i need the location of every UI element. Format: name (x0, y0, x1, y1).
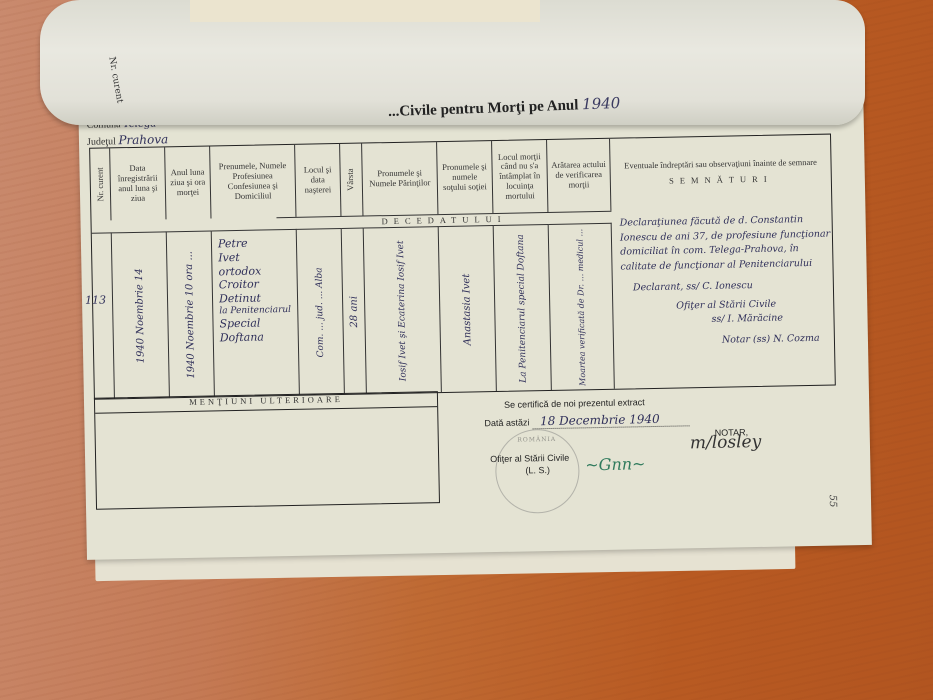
cell-parinti: Iosif Ivet şi Ecaterina Iosif Ivet (364, 226, 442, 393)
title-year: 1940 (582, 94, 621, 113)
observatii-label: Eventuale îndreptări sau observaţiuni în… (624, 158, 817, 171)
header-data-inreg: Data înregistrării anul luna şi ziua (110, 147, 166, 220)
date-field: Dată astăzi 18 Decembrie 1940 (484, 411, 689, 429)
death-record-table: Nr. curent Data înregistrării anul luna … (89, 134, 836, 400)
header-anul-mortii: Anul luna ziua şi ora morţei (165, 146, 211, 219)
header-nr: Nr. curent (90, 148, 111, 220)
cell-locul-nasterii: Com. ... jud. ... Alba (297, 228, 345, 395)
ofiter-green-signature: ~Gnn~ (585, 454, 646, 474)
judetul-label: Judeţul (87, 136, 116, 148)
header-locul-mortii: Locul morţii când nu s'a întâmplat în lo… (492, 140, 548, 213)
declarant-signature: Declarant, ss/ C. Ionescu (633, 277, 833, 296)
register-page: Comuna Telega Judeţul Prahova Nr. curent… (78, 75, 872, 560)
cell-varsta: 28 ani (342, 228, 367, 394)
notar-handwritten-signature: m/losley (690, 432, 762, 453)
cell-observatii: Declaraţiunea făcută de d. Constantin Io… (620, 213, 835, 351)
cell-prenumele: Petre Ivet ortodox Croitor Detinut la Pe… (212, 229, 300, 397)
header-varsta: Vârsta (340, 144, 363, 216)
notar-signature: Notar (ss) N. Cozma (722, 332, 834, 349)
date-value: 18 Decembrie 1940 (532, 411, 690, 429)
header-verificare: Arătarea actului de verificarea morţii (547, 139, 611, 212)
certification-line: Se certifică de noi prezentul extract (504, 397, 645, 410)
cell-sot: Anastasia Ivet (439, 225, 497, 392)
mentiuni-ulterioare-box: MENŢIUNI ULTERIOARE (94, 391, 440, 510)
semnaturi-label: SEMNĂTURI (669, 175, 773, 187)
header-prenumele: Prenumele, Numele Profesiunea Confesiune… (210, 145, 296, 219)
header-locul-nasterii: Locul şi data naşterei (295, 144, 341, 217)
header-sot: Pronumele şi numele soţului soţiei (437, 141, 493, 214)
cell-data-inreg: 1940 Noembrie 14 (112, 231, 170, 398)
page-number: 55 (827, 495, 838, 508)
cell-anul-mortii: 1940 Noembrie 10 ora ... (167, 230, 215, 397)
cell-locul-mortii: La Penitenciarul special Doftana (494, 224, 552, 391)
ofiter-label: Ofiţer al Stării Civile (490, 453, 569, 465)
roll-label: Nr. curent (106, 56, 124, 104)
header-observatii: Eventuale îndreptări sau observaţiuni în… (610, 135, 831, 211)
cell-verificare: Moartea verificată de Dr. ... medicul ..… (549, 223, 615, 390)
roll-flap (190, 0, 540, 22)
ls-label: (L. S.) (525, 465, 550, 475)
judetul-value: Prahova (118, 132, 168, 147)
header-parinti: Pronumele şi Numele Părinţilor (362, 142, 438, 215)
